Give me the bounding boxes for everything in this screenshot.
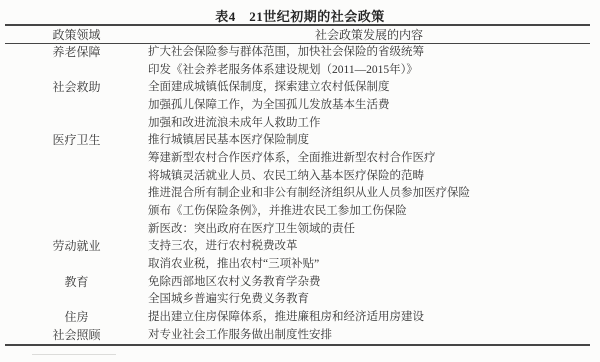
table-row-group-education: 教育 免除西部地区农村义务教育学杂费 全国城乡普遍实行免费义务教育 xyxy=(5,274,590,309)
table-header-row: 政策领域 社会政策发展的内容 xyxy=(5,26,590,43)
row-label: 社会照顾 xyxy=(5,327,148,345)
row-label: 住房 xyxy=(5,309,148,327)
row-label: 劳动就业 xyxy=(5,238,148,273)
row-label: 社会救助 xyxy=(5,79,148,132)
row-content-line: 加强孤儿保障工作，为全国孤儿发放基本生活费 xyxy=(148,97,590,115)
table-row-group-social-assistance: 社会救助 全面建成城镇低保制度，探索建立农村低保制度 加强孤儿保障工作，为全国孤… xyxy=(5,79,590,132)
row-label: 养老保障 xyxy=(5,44,148,79)
row-content-line: 将城镇灵活就业人员、农民工纳入基本医疗保险的范畴 xyxy=(148,168,590,186)
table-bottom-rule xyxy=(5,344,590,346)
table-body: 养老保障 扩大社会保险参与群体范围，加快社会保险的省级统筹 印发《社会养老服务体… xyxy=(5,44,590,344)
row-content-line: 提出建立住房保障体系，推进廉租房和经济适用房建设 xyxy=(148,309,590,327)
row-content-line: 印发《社会养老服务体系建设规划（2011—2015年）》 xyxy=(148,62,590,80)
table-row-group-social-care: 社会照顾 对专业社会工作服务做出制度性安排 xyxy=(5,327,590,345)
row-content-line: 支持三农，进行农村税费改革 xyxy=(148,238,590,256)
table-title: 表4 21世纪初期的社会政策 xyxy=(0,6,600,25)
row-content-line: 免除西部地区农村义务教育学杂费 xyxy=(148,274,590,292)
column-header-policy-field: 政策领域 xyxy=(5,26,148,43)
row-label: 教育 xyxy=(5,274,148,309)
row-label: 医疗卫生 xyxy=(5,132,148,238)
table-row-group-healthcare: 医疗卫生 推行城镇居民基本医疗保险制度 筹建新型农村合作医疗体系，全面推进新型农… xyxy=(5,132,590,238)
row-content-line: 新医改：突出政府在医疗卫生领域的责任 xyxy=(148,221,590,239)
row-content-line: 取消农业税，推出农村“三项补贴” xyxy=(148,256,590,274)
table-row-group-pension: 养老保障 扩大社会保险参与群体范围，加快社会保险的省级统筹 印发《社会养老服务体… xyxy=(5,44,590,79)
row-content-line: 推进混合所有制企业和非公有制经济组织从业人员参加医疗保险 xyxy=(148,185,590,203)
row-content-line: 筹建新型农村合作医疗体系，全面推进新型农村合作医疗 xyxy=(148,150,590,168)
row-content-line: 颁布《工伤保险条例》，并推进农民工参加工伤保险 xyxy=(148,203,590,221)
row-content-line: 全国城乡普遍实行免费义务教育 xyxy=(148,291,590,309)
table-row-group-labor-employment: 劳动就业 支持三农，进行农村税费改革 取消农业税，推出农村“三项补贴” xyxy=(5,238,590,273)
row-content-line: 扩大社会保险参与群体范围，加快社会保险的省级统筹 xyxy=(148,44,590,62)
row-content-line: 全面建成城镇低保制度，探索建立农村低保制度 xyxy=(148,79,590,97)
document-page: 表4 21世纪初期的社会政策 政策领域 社会政策发展的内容 养老保障 扩大社会保… xyxy=(0,0,600,362)
footnote-rule xyxy=(32,354,116,355)
row-content-line: 推行城镇居民基本医疗保险制度 xyxy=(148,132,590,150)
table-row-group-housing: 住房 提出建立住房保障体系，推进廉租房和经济适用房建设 xyxy=(5,309,590,327)
row-content-line: 加强和改进流浪未成年人救助工作 xyxy=(148,115,590,133)
row-content-line: 对专业社会工作服务做出制度性安排 xyxy=(148,327,590,345)
column-header-policy-content: 社会政策发展的内容 xyxy=(148,26,590,43)
